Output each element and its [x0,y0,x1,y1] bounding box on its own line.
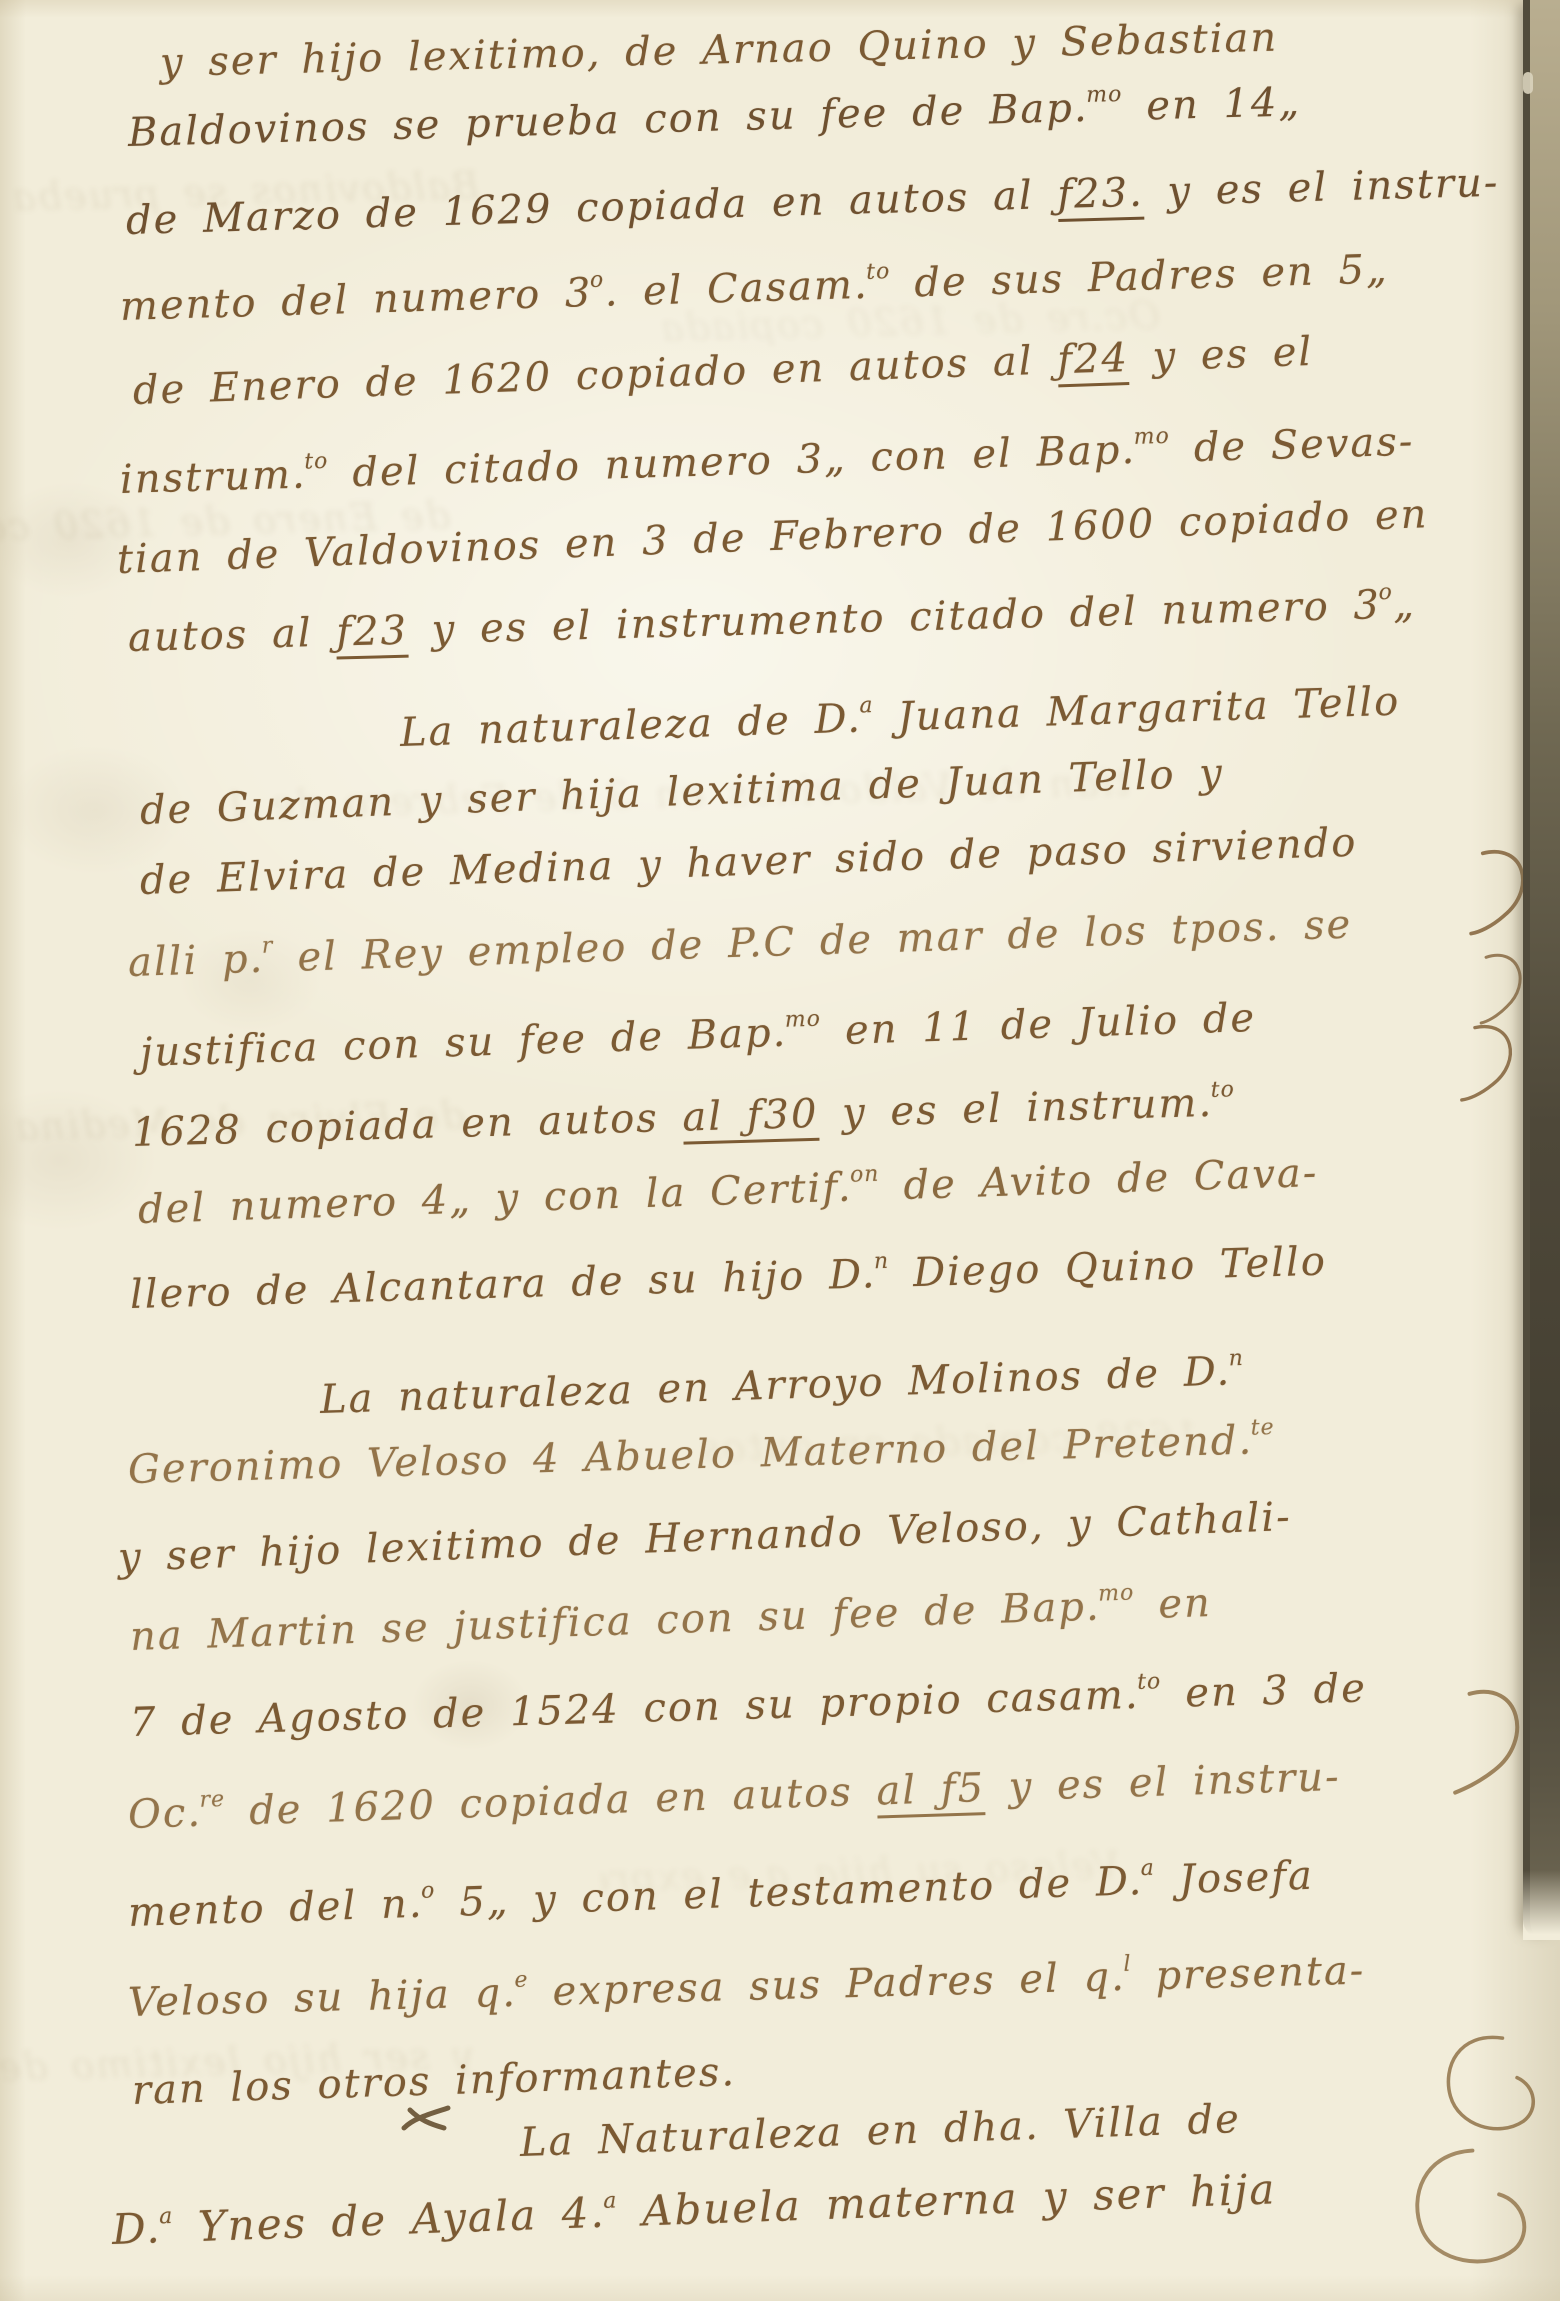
handwritten-text: y es el [1128,329,1314,381]
handwritten-text: en 3 de [1161,1665,1368,1717]
superscript-abbreviation: o [590,268,605,293]
handwritten-text: Geronimo Veloso 4 Abuelo Materno del Pre… [127,1418,1253,1493]
manuscript-line: autos al ƒ23 y es el instrumento citado … [127,579,1416,661]
ink-flourish [1448,1685,1534,1802]
ink-flourish [1438,2028,1542,2146]
superscript-abbreviation: mo [1086,82,1123,108]
superscript-abbreviation: to [304,449,329,475]
handwritten-text: Diego Quino Tello [889,1239,1328,1297]
handwritten-text: de Enero de 1620 copiado en autos al [132,337,1058,414]
manuscript-lines: y ser hijo lexitimo, de Arnao Quino y Se… [0,0,1560,2301]
handwritten-text: de sus Padres en 5„ [890,246,1389,307]
manuscript-line: tian de Valdovinos en 3 de Febrero de 16… [116,491,1429,583]
handwritten-text: alli p. [127,936,265,986]
manuscript-line: 7 de Agosto de 1524 con su propio casam.… [129,1663,1367,1746]
handwritten-text: D. [111,2203,162,2254]
handwritten-text: de 1620 copiada en autos [225,1768,877,1834]
handwritten-text: tian de Valdovinos en 3 de Febrero de 16… [116,491,1429,583]
manuscript-page: Baldovinos se prueba con su fee de Bap.m… [0,0,1560,2301]
handwritten-text: 1628 copiada en autos [131,1095,683,1156]
handwritten-text: y ser hijo lexitimo, de Arnao Quino y Se… [159,15,1278,86]
handwritten-text: del citado numero 3„ con el Bap. [328,427,1137,497]
folio-reference: al ƒ30 [682,1091,819,1145]
handwritten-text: justifica con su fee de Bap. [139,1010,788,1076]
handwritten-text: y ser hijo lexitimo de Hernando Veloso, … [117,1494,1292,1581]
ink-flourish [1401,2136,1537,2286]
handwritten-text: en 11 de Julio de [821,995,1257,1055]
manuscript-line: justifica con su fee de Bap.mo en 11 de … [139,993,1257,1076]
superscript-abbreviation: a [603,2188,618,2213]
handwritten-text: Ynes de Ayala 4. [173,2188,607,2252]
handwritten-text: 5„ y con el testamento de D. [435,1858,1144,1926]
superscript-abbreviation: mo [784,1007,821,1033]
handwritten-text: de Elvira de Medina y haver sido de paso… [139,820,1358,904]
handwritten-text: y es el instru- [984,1754,1341,1811]
manuscript-line: D.a Ynes de Ayala 4.a Abuela materna y s… [111,2164,1277,2254]
handwritten-text: expresa sus Padres el q. [528,1954,1126,2016]
superscript-abbreviation: e [514,1968,529,1993]
ink-blot [400,2098,452,2138]
manuscript-line: y ser hijo lexitimo de Hernando Veloso, … [117,1494,1292,1581]
manuscript-line: y ser hijo lexitimo, de Arnao Quino y Se… [159,15,1278,86]
handwritten-text: Juana Margarita Tello [873,679,1401,742]
handwritten-text: La naturaleza en Arroyo Molinos de D. [319,1348,1231,1423]
handwritten-text: La Naturaleza en dha. Villa de [519,2096,1241,2166]
superscript-abbreviation: a [159,2204,174,2229]
handwritten-text: llero de Alcantara de su hijo D. [129,1251,877,1318]
handwritten-text: autos al [127,610,337,661]
handwritten-text: Veloso su hija q. [127,1970,517,2026]
manuscript-line: Baldovinos se prueba con su fee de Bap.m… [127,77,1301,156]
manuscript-line: mento del n.o 5„ y con el testamento de … [127,1851,1314,1936]
handwritten-text: mento del numero 3 [119,270,593,330]
superscript-abbreviation: a [1140,1856,1155,1881]
superscript-abbreviation: to [1210,1077,1235,1103]
manuscript-line: La Naturaleza en dha. Villa de [519,2096,1241,2166]
handwritten-text: el Rey empleo de P.C de mar de los tpos.… [273,902,1353,982]
handwritten-text: del numero 4„ y con la Certif. [137,1165,853,1233]
handwritten-text: na Martin se justifica con su fee de Bap… [129,1584,1101,1660]
page-binding-edge [1523,0,1560,1938]
handwritten-text: de Guzman y ser hija lexitima de Juan Te… [139,750,1224,834]
superscript-abbreviation: mo [1098,1580,1135,1606]
superscript-abbreviation: a [859,693,874,718]
handwritten-text: 7 de Agosto de 1524 con su propio casam. [129,1672,1140,1746]
folio-reference: ƒ23 [336,608,409,660]
manuscript-line: de Enero de 1620 copiado en autos al ƒ24… [132,329,1314,414]
handwritten-text: en [1134,1580,1213,1628]
handwritten-text: de Marzo de 1629 copiada en autos al [125,172,1058,244]
manuscript-line: mento del numero 3o. el Casam.to de sus … [119,244,1389,330]
handwritten-text: La naturaleza de D. [399,695,862,755]
manuscript-line: La naturaleza en Arroyo Molinos de D.n [319,1346,1245,1423]
superscript-abbreviation: on [850,1162,880,1188]
manuscript-line: del numero 4„ y con la Certif.on de Avit… [137,1148,1319,1233]
handwritten-text: presenta- [1131,1948,1366,2000]
handwritten-text: „ [1393,581,1417,628]
superscript-abbreviation: to [866,259,891,285]
superscript-abbreviation: r [261,933,273,958]
manuscript-line: de Elvira de Medina y haver sido de paso… [139,820,1358,904]
handwritten-text: de Sevas- [1169,419,1415,472]
handwritten-text: en 14„ [1122,79,1302,130]
handwritten-text: Abuela materna y ser hija [617,2164,1277,2236]
superscript-abbreviation: n [1228,1346,1244,1371]
manuscript-line: Geronimo Veloso 4 Abuelo Materno del Pre… [127,1415,1275,1493]
folio-reference: ƒ23. [1057,170,1145,222]
handwritten-text: y es el instrum. [818,1080,1214,1137]
superscript-abbreviation: mo [1133,424,1170,450]
handwritten-text: Oc. [127,1790,202,1838]
folio-reference: al ƒ5 [876,1765,986,1818]
manuscript-line: instrum.to del citado numero 3„ con el B… [119,417,1415,503]
manuscript-line: Veloso su hija q.e expresa sus Padres el… [127,1946,1365,2026]
handwritten-text: y es el instru- [1143,160,1500,216]
handwritten-text: Baldovinos se prueba con su fee de Bap. [127,85,1089,156]
superscript-abbreviation: to [1137,1669,1162,1695]
superscript-abbreviation: n [874,1249,890,1274]
handwritten-text: instrum. [119,451,307,503]
manuscript-line: de Guzman y ser hija lexitima de Juan Te… [139,750,1224,834]
superscript-abbreviation: o [1378,580,1393,605]
handwritten-text: y es el instrumento citado del numero 3 [407,582,1381,653]
manuscript-line: Oc.re de 1620 copiada en autos al ƒ5 y e… [127,1752,1341,1838]
handwritten-text: mento del n. [127,1881,424,1936]
manuscript-line: na Martin se justifica con su fee de Bap… [129,1578,1212,1660]
handwritten-text: de Avito de Cava- [879,1150,1319,1210]
superscript-abbreviation: o [421,1878,436,1903]
folio-reference: ƒ24 [1056,335,1129,387]
manuscript-line: de Marzo de 1629 copiada en autos al ƒ23… [125,160,1500,244]
manuscript-line: llero de Alcantara de su hijo D.n Diego … [129,1237,1327,1318]
manuscript-line: alli p.r el Rey empleo de P.C de mar de … [127,900,1353,986]
superscript-abbreviation: te [1250,1415,1275,1441]
superscript-abbreviation: re [199,1787,225,1813]
manuscript-line: 1628 copiada en autos al ƒ30 y es el ins… [131,1077,1235,1156]
handwritten-text: Josefa [1155,1853,1315,1904]
handwritten-text: . el Casam. [604,262,869,316]
manuscript-line: La naturaleza de D.a Juana Margarita Tel… [399,677,1401,756]
